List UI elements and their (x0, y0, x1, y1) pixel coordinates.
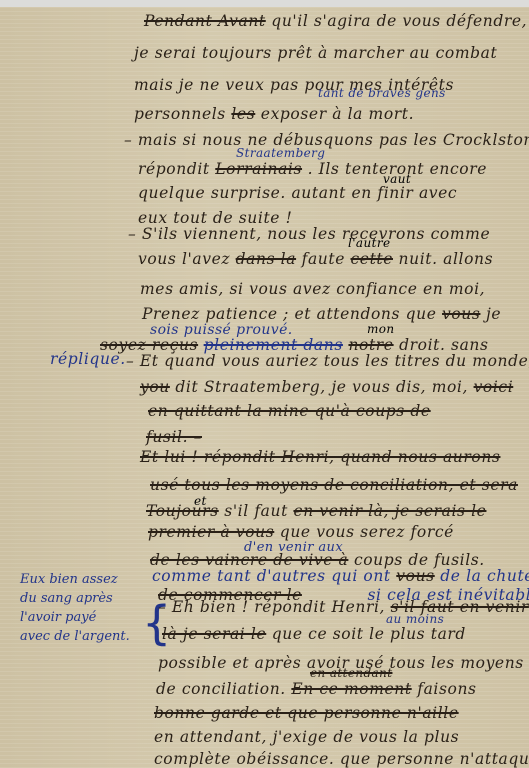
line-text: – Eh bien ! répondit Henri, (158, 598, 385, 616)
line-text: nuit. allons (399, 250, 494, 268)
manuscript-line-7: quelque surprise. autant en finir avec (138, 184, 457, 202)
struck-text: en venir là, je serais le (293, 502, 486, 520)
interlinear-insertion: au moins (386, 612, 444, 626)
line-text: – Et quand vous auriez tous les titres d… (126, 352, 529, 370)
interlinear-insertion-struck: en attendant (310, 666, 392, 680)
struck-text: en quittant la mine qu'à coups de (148, 402, 431, 420)
line-text: que vous serez forcé (280, 523, 454, 541)
manuscript-line-5: – mais si nous ne débusquons pas les Cro… (124, 131, 529, 149)
struck-text: bonne garde et que personne n'aille (154, 704, 459, 722)
manuscript-line-11: mes amis, si vous avez confiance en moi, (140, 280, 485, 298)
margin-note-line: avec de l'argent. (20, 627, 130, 646)
interlinear-insertion: tant de braves gens (318, 86, 446, 100)
interlinear-insertion: mon (367, 322, 395, 336)
manuscript-line-23: comme tant d'autres qui ont vous de la c… (152, 567, 529, 585)
line-text: je (486, 305, 501, 323)
line-text: exposer à la mort. (261, 105, 414, 123)
struck-text: vous (442, 305, 480, 323)
manuscript-line-25: – Eh bien ! répondit Henri, s'il faut en… (158, 598, 529, 616)
line-text: complète obéissance. que personne n'atta… (154, 750, 529, 768)
manuscript-line-20: Toujours s'il faut en venir là, je serai… (146, 502, 486, 520)
blue-ink-text: de la chute (440, 567, 529, 585)
margin-note-line: l'avoir payé (20, 608, 130, 627)
manuscript-line-9: – S'ils viennent, nous les recevrons com… (128, 225, 490, 243)
manuscript-line-30: en attendant, j'exige de vous la plus (154, 728, 459, 746)
struck-text: Toujours (146, 502, 219, 520)
manuscript-line-1: Pendant Avant qu'il s'agira de vous défe… (144, 12, 527, 30)
struck-text: dans la (236, 250, 296, 268)
struck-text: Pendant Avant (144, 12, 266, 30)
line-text: – S'ils viennent, nous les recevrons com… (128, 225, 490, 243)
line-text: faisons (417, 680, 476, 698)
manuscript-line-19: usé tous les moyens de conciliation, et … (150, 476, 518, 494)
line-text: en attendant, j'exige de vous la plus (154, 728, 459, 746)
struck-text: Lorrainais (215, 160, 302, 178)
line-text: faute (302, 250, 345, 268)
line-text: Prenez patience ; et attendons que (142, 305, 436, 323)
line-text: que ce soit le plus tard (272, 625, 466, 643)
interlinear-insertion: l'autre (348, 236, 390, 250)
struck-text: cette (351, 250, 393, 268)
line-text: qu'il s'agira de vous défendre, (271, 12, 527, 30)
line-text: vous l'avez (138, 250, 230, 268)
manuscript-line-4: personnels les exposer à la mort. (134, 105, 414, 123)
scan-top-edge (0, 0, 529, 7)
struck-text: usé tous les moyens de conciliation, et … (150, 476, 518, 494)
manuscript-line-2: je serai toujours prêt à marcher au comb… (134, 44, 497, 62)
line-text: de conciliation. (156, 680, 286, 698)
line-text: s'il faut (224, 502, 288, 520)
margin-word-replique: réplique. (50, 350, 126, 368)
manuscript-line-29: bonne garde et que personne n'aille (154, 704, 459, 722)
manuscript-line-14: – Et quand vous auriez tous les titres d… (126, 352, 529, 370)
manuscript-line-31: complète obéissance. que personne n'atta… (154, 750, 529, 768)
line-text: personnels (134, 105, 226, 123)
line-text: je serai toujours prêt à marcher au comb… (134, 44, 497, 62)
manuscript-line-10: vous l'avez dans la faute cette nuit. al… (138, 250, 493, 268)
struck-text: fusil. – (146, 428, 202, 446)
interlinear-insertion: Straatemberg (236, 146, 325, 160)
manuscript-line-15: you dit Straatemberg, je vous dis, moi, … (140, 378, 513, 396)
struck-text: voici (474, 378, 514, 396)
blue-ink-text: comme tant d'autres qui ont (152, 567, 391, 585)
struck-text: vous (396, 567, 434, 585)
line-text: répondit (138, 160, 210, 178)
manuscript-line-26: là je serai le que ce soit le plus tard (162, 625, 466, 643)
manuscript-line-12: Prenez patience ; et attendons que vous … (142, 305, 501, 323)
manuscript-line-28: de conciliation. En ce moment faisons (156, 680, 477, 698)
manuscript-line-18: Et lui ! répondit Henri, quand nous auro… (140, 448, 500, 466)
margin-note: Eux bien assez du sang après l'avoir pay… (20, 570, 130, 646)
line-text: – mais si nous ne débusquons pas les Cro… (124, 131, 529, 149)
line-text: mes amis, si vous avez confiance en moi, (140, 280, 485, 298)
struck-text: là je serai le (162, 625, 266, 643)
line-text: quelque surprise. autant en finir avec (138, 184, 457, 202)
margin-note-line: Eux bien assez (20, 570, 130, 589)
margin-note-line: du sang après (20, 589, 130, 608)
struck-text: En ce moment (291, 680, 411, 698)
struck-text: les (231, 105, 255, 123)
struck-text: premier à vous (148, 523, 274, 541)
manuscript-line-6: répondit Lorrainais . Ils tenteront enco… (138, 160, 487, 178)
manuscript-line-17: fusil. – (146, 428, 202, 446)
struck-text: Et lui ! répondit Henri, quand nous auro… (140, 448, 500, 466)
manuscript-line-16: en quittant la mine qu'à coups de (148, 402, 431, 420)
struck-text: you (140, 378, 170, 396)
line-text: dit Straatemberg, je vous dis, moi, (175, 378, 468, 396)
manuscript-line-21: premier à vous que vous serez forcé (148, 523, 454, 541)
